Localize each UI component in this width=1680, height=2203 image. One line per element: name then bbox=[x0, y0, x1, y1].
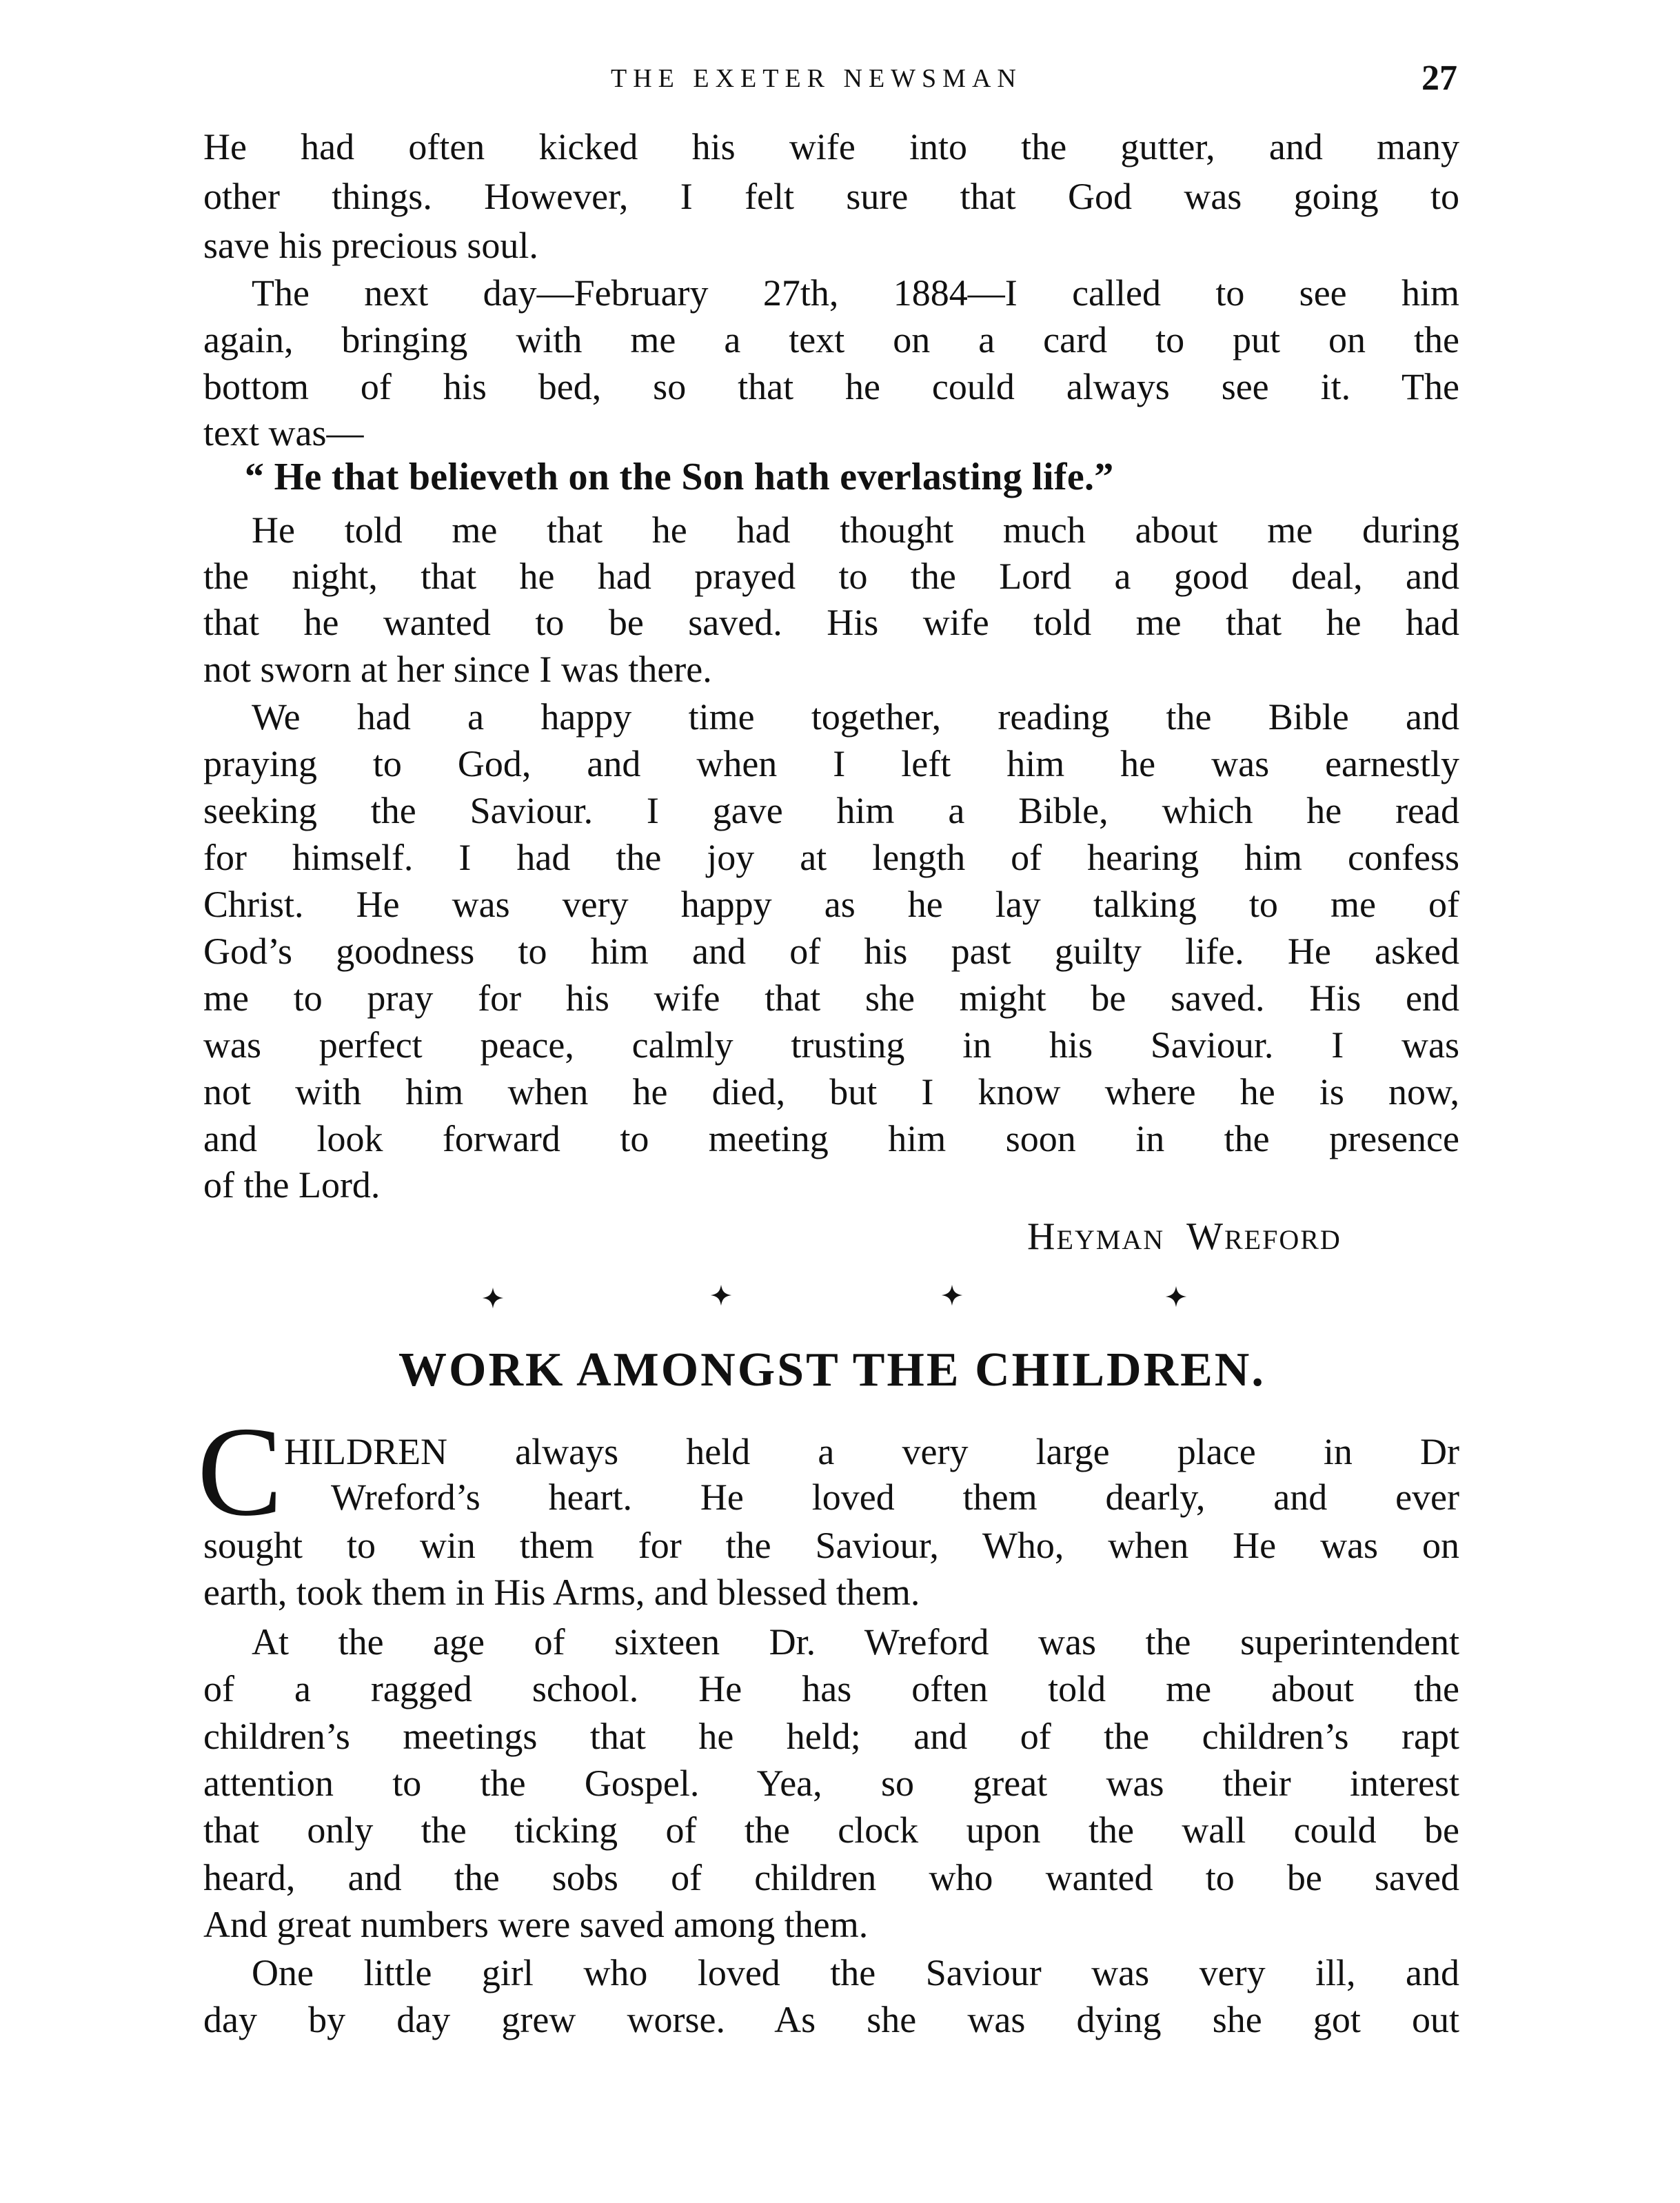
section-heading: WORK AMONGST THE CHILDREN. bbox=[398, 1343, 1266, 1398]
page-number: 27 bbox=[1421, 58, 1457, 99]
document-page: THE EXETER NEWSMAN 27 He had often kicke… bbox=[0, 0, 1680, 2203]
signature-last-name: REFORD bbox=[1224, 1224, 1342, 1255]
body-line: day by day grew worse. As she was dying … bbox=[203, 1999, 1459, 2040]
body-line: text was— bbox=[203, 412, 1459, 454]
body-line: children’s meetings that he held; and of… bbox=[203, 1716, 1459, 1757]
body-line: praying to God, and when I left him he w… bbox=[203, 743, 1459, 784]
body-line: God’s goodness to him and of his past gu… bbox=[203, 931, 1459, 972]
body-line: bottom of his bed, so that he could alwa… bbox=[203, 366, 1459, 407]
star-ornament-icon bbox=[940, 1283, 964, 1307]
body-line: again, bringing with me a text on a card… bbox=[203, 319, 1459, 361]
signature-initial: W bbox=[1186, 1215, 1224, 1258]
body-line: for himself. I had the joy at length of … bbox=[203, 837, 1459, 878]
body-line: earth, took them in His Arms, and blesse… bbox=[203, 1572, 1459, 1613]
body-line: that only the ticking of the clock upon … bbox=[203, 1809, 1459, 1851]
body-line: At the age of sixteen Dr. Wreford was th… bbox=[252, 1621, 1459, 1663]
section-divider bbox=[0, 1283, 1680, 1311]
body-line: the night, that he had prayed to the Lor… bbox=[203, 556, 1459, 597]
body-line: sought to win them for the Saviour, Who,… bbox=[203, 1525, 1459, 1566]
body-line: other things. However, I felt sure that … bbox=[203, 176, 1459, 217]
body-line: And great numbers were saved among them. bbox=[203, 1904, 1459, 1945]
body-line: was perfect peace, calmly trusting in hi… bbox=[203, 1024, 1459, 1066]
body-line: HILDREN always held a very large place i… bbox=[284, 1431, 1459, 1472]
body-line: The next day—February 27th, 1884—I calle… bbox=[252, 272, 1459, 314]
body-line: and look forward to meeting him soon in … bbox=[203, 1118, 1459, 1159]
body-line: not with him when he died, but I know wh… bbox=[203, 1071, 1459, 1113]
body-line: Wreford’s heart. He loved them dearly, a… bbox=[331, 1476, 1459, 1518]
author-signature: HEYMAN WREFORD bbox=[1027, 1215, 1342, 1259]
body-line: One little girl who loved the Saviour wa… bbox=[252, 1952, 1459, 1993]
body-line: that he wanted to be saved. His wife tol… bbox=[203, 602, 1459, 643]
body-line: save his precious soul. bbox=[203, 225, 1459, 266]
signature-first-name: EYMAN bbox=[1056, 1224, 1164, 1255]
star-ornament-icon bbox=[1164, 1285, 1188, 1308]
body-line: seeking the Saviour. I gave him a Bible,… bbox=[203, 790, 1459, 831]
body-line: heard, and the sobs of children who want… bbox=[203, 1857, 1459, 1898]
body-line: attention to the Gospel. Yea, so great w… bbox=[203, 1763, 1459, 1804]
body-line: me to pray for his wife that she might b… bbox=[203, 977, 1459, 1019]
body-line: We had a happy time together, reading th… bbox=[252, 696, 1459, 738]
body-line: of the Lord. bbox=[203, 1164, 1459, 1206]
body-line: He told me that he had thought much abou… bbox=[252, 509, 1459, 551]
drop-cap: C bbox=[197, 1413, 283, 1530]
body-line: He had often kicked his wife into the gu… bbox=[203, 126, 1459, 167]
running-head-title: THE EXETER NEWSMAN bbox=[611, 63, 1022, 94]
scripture-quote: “ He that believeth on the Son hath ever… bbox=[245, 455, 1458, 499]
body-line: Christ. He was very happy as he lay talk… bbox=[203, 884, 1459, 925]
star-ornament-icon bbox=[709, 1283, 733, 1307]
body-line: not sworn at her since I was there. bbox=[203, 649, 1459, 690]
body-line: of a ragged school. He has often told me… bbox=[203, 1668, 1459, 1709]
signature-initial: H bbox=[1027, 1215, 1056, 1258]
star-ornament-icon bbox=[481, 1286, 505, 1310]
